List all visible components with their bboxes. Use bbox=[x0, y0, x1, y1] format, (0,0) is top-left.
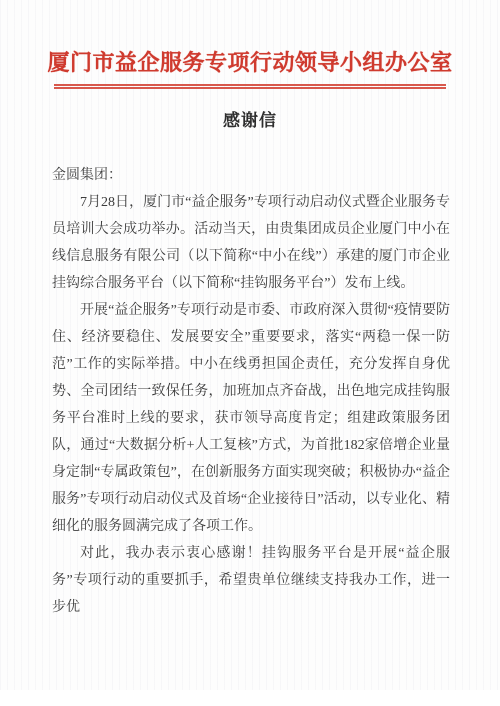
paragraph-2: 开展“益企服务”专项行动是市委、市政府深入贯彻“疫情要防住、经济要稳住、发展要安… bbox=[52, 297, 450, 540]
header-divider bbox=[54, 84, 446, 89]
letter-title: 感谢信 bbox=[0, 106, 500, 131]
org-header-title: 厦门市益企服务专项行动领导小组办公室 bbox=[0, 46, 500, 77]
salutation: 金圆集团： bbox=[52, 162, 450, 189]
scanned-letter-page: 厦门市益企服务专项行动领导小组办公室 感谢信 金圆集团： 7月28日，厦门市“益… bbox=[0, 0, 500, 706]
paragraph-3: 对此，我办表示衷心感谢！挂钩服务平台是开展“益企服务”专项行动的重要抓手，希望贵… bbox=[52, 540, 450, 621]
scan-edge bbox=[0, 690, 500, 706]
letter-body: 金圆集团： 7月28日，厦门市“益企服务”专项行动启动仪式暨企业服务专员培训大会… bbox=[52, 162, 450, 621]
paragraph-1: 7月28日，厦门市“益企服务”专项行动启动仪式暨企业服务专员培训大会成功举办。活… bbox=[52, 189, 450, 297]
